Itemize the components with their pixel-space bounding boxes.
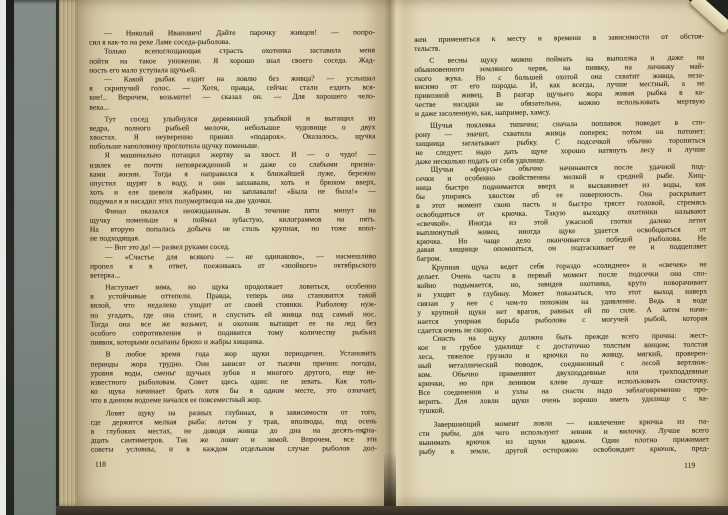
paragraph: Тут сосед улыбнулся деревянной улыбкой и… [89,113,375,151]
gutter-seam [384,451,396,509]
paragraph: В любое время года жор щуки периодичен. … [90,349,376,405]
paragraph: Завершающий момент ловли — извлечение кр… [419,418,709,457]
paragraph: — Какой рыбак ездит на ловлю без живца? … [89,73,375,111]
book-spread: — Николай Иванович! Дайте парочку живцов… [56,0,728,515]
paragraph: Щучьи «фокусы» обычно начинаются после у… [416,163,707,264]
text-line: пиявок, которыми осыпаны брюхо и жабры х… [90,337,376,347]
text-line: пойти на такое унижение. Я хорошо знал с… [89,55,375,65]
text-line: что в данном водоеме начался ее повсемес… [91,395,377,405]
paragraph: Щучья поклевка типична; сначала поплавок… [415,118,706,166]
paragraph: Финал оказался неожиданным. В течение пя… [90,205,376,243]
paragraph: С весны щуку можно поймать на выползка и… [414,53,705,119]
text-line: пропел я в ответ, поеживаясь от «знойког… [90,260,376,270]
book-bottom-shadow [56,506,728,515]
text-line: ветерка... [90,269,376,279]
text-line: На вторую попалась добыча не столь крупн… [90,223,376,233]
text-line: кие!.. Впрочем, возьмите! — сказал он. —… [89,92,375,102]
paragraph: Я машинально потащил жертву за хвост. И … [90,150,376,206]
paragraph: — «Счастье для всякого — не одинаково», … [90,251,376,280]
right-page-text: жен применяться к месту и времени в зави… [414,32,709,472]
book-scan: — Николай Иванович! Дайте парочку живцов… [0,0,728,515]
text-line: советы условны, и в каждом отдельном слу… [91,444,377,454]
page-number: 118 [91,459,377,469]
paragraph: Только всепоглощающая страсть охотника з… [89,46,375,75]
paragraph: Крупная щука ведет себя гораздо «солидне… [417,261,708,336]
scanner-background [14,0,56,515]
paragraph: Ловят щуку на разных глубинах, в зависим… [91,407,377,454]
book-cover-edge [6,0,14,515]
left-page-text: — Николай Иванович! Дайте парочку живцов… [89,27,377,469]
paragraph: Наступает зима, но щука продолжает ловит… [90,281,376,347]
paragraph: жен применяться к месту и времени в зави… [414,32,704,53]
text-line: — Николай Иванович! Дайте парочку живцов… [89,27,375,37]
text-line: века... [89,101,375,111]
paragraph: Снасть на щуку должна быть прежде всего … [418,332,709,416]
paragraph: — Николай Иванович! Дайте парочку живцов… [89,27,375,47]
